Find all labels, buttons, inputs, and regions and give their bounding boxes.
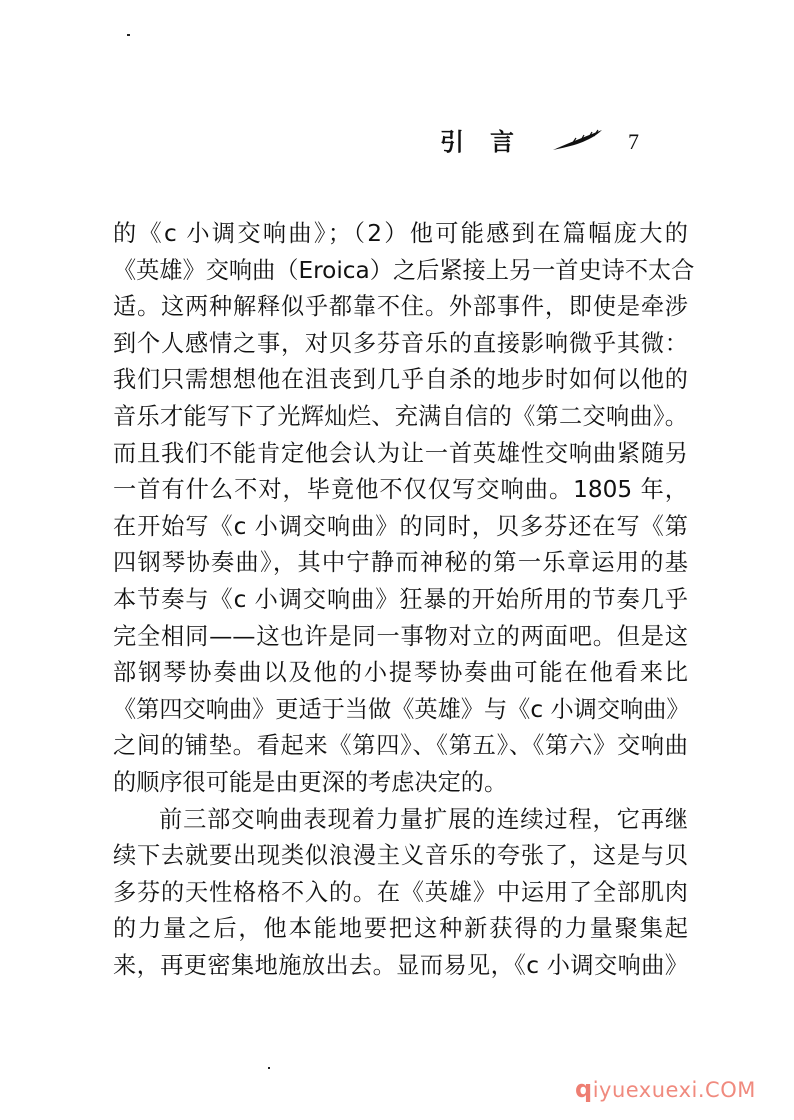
running-header: 引言 7	[440, 122, 660, 162]
text-line: 的《c 小调交响曲》；（2）他可能感到在篇幅庞大的	[113, 216, 688, 253]
text-line: 完全相同——这也许是同一事物对立的两面吧。但是这	[113, 619, 688, 656]
text-line: 音乐才能写下了光辉灿烂、充满自信的《第二交响曲》。	[113, 399, 688, 436]
text-line: 适。这两种解释似乎都靠不住。外部事件，即使是牵涉	[113, 289, 688, 326]
text-line: 来，再更密集地施放出去。显而易见，《c 小调交响曲》	[113, 948, 688, 985]
scan-speck	[127, 34, 130, 36]
text-line: 到个人感情之事，对贝多芬音乐的直接影响微乎其微：	[113, 326, 688, 363]
paragraph-2: 前三部交响曲表现着力量扩展的连续过程，它再继 续下去就要出现类似浪漫主义音乐的夸…	[113, 802, 688, 985]
text-line: 而且我们不能肯定他会认为让一首英雄性交响曲紧随另	[113, 436, 688, 473]
text-line: 在开始写《c 小调交响曲》的同时，贝多芬还在写《第	[113, 509, 688, 546]
text-line: 《第四交响曲》更适于当做《英雄》与《c 小调交响曲》	[113, 692, 688, 729]
text-line: 本节奏与《c 小调交响曲》狂暴的开始所用的节奏几乎	[113, 582, 688, 619]
text-line: 部钢琴协奏曲以及他的小提琴协奏曲可能在他看来比	[113, 655, 688, 692]
text-line: 续下去就要出现类似浪漫主义音乐的夸张了，这是与贝	[113, 838, 688, 875]
watermark-text: iyuexuexi.COM	[593, 1078, 756, 1102]
text-line: 的力量之后，他本能地要把这种新获得的力量聚集起	[113, 911, 688, 948]
text-line: 多芬的天性格格不入的。在《英雄》中运用了全部肌肉	[113, 875, 688, 912]
text-line: 之间的铺垫。看起来《第四》、《第五》、《第六》交响曲	[113, 728, 688, 765]
feather-ornament-icon	[552, 128, 604, 152]
text-line: 四钢琴协奏曲》，其中宁静而神秘的第一乐章运用的基	[113, 545, 688, 582]
chapter-title: 引言	[440, 122, 540, 162]
scan-speck	[268, 1067, 270, 1069]
text-line: 我们只需想想他在沮丧到几乎自杀的地步时如何以他的	[113, 362, 688, 399]
paragraph-1: 的《c 小调交响曲》；（2）他可能感到在篇幅庞大的 《英雄》交响曲（Eroica…	[113, 216, 688, 802]
watermark-logo-letter: q	[575, 1075, 593, 1103]
text-line: 一首有什么不对，毕竟他不仅仅写交响曲。1805 年，	[113, 472, 688, 509]
page-number: 7	[628, 122, 639, 162]
text-line: 《英雄》交响曲（Eroica）之后紧接上另一首史诗不太合	[113, 253, 688, 290]
site-watermark: qiyuexuexi.COM	[575, 1075, 756, 1103]
text-line: 前三部交响曲表现着力量扩展的连续过程，它再继	[113, 802, 688, 839]
body-text: 的《c 小调交响曲》；（2）他可能感到在篇幅庞大的 《英雄》交响曲（Eroica…	[113, 216, 688, 984]
text-line: 的顺序很可能是由更深的考虑决定的。	[113, 765, 688, 802]
